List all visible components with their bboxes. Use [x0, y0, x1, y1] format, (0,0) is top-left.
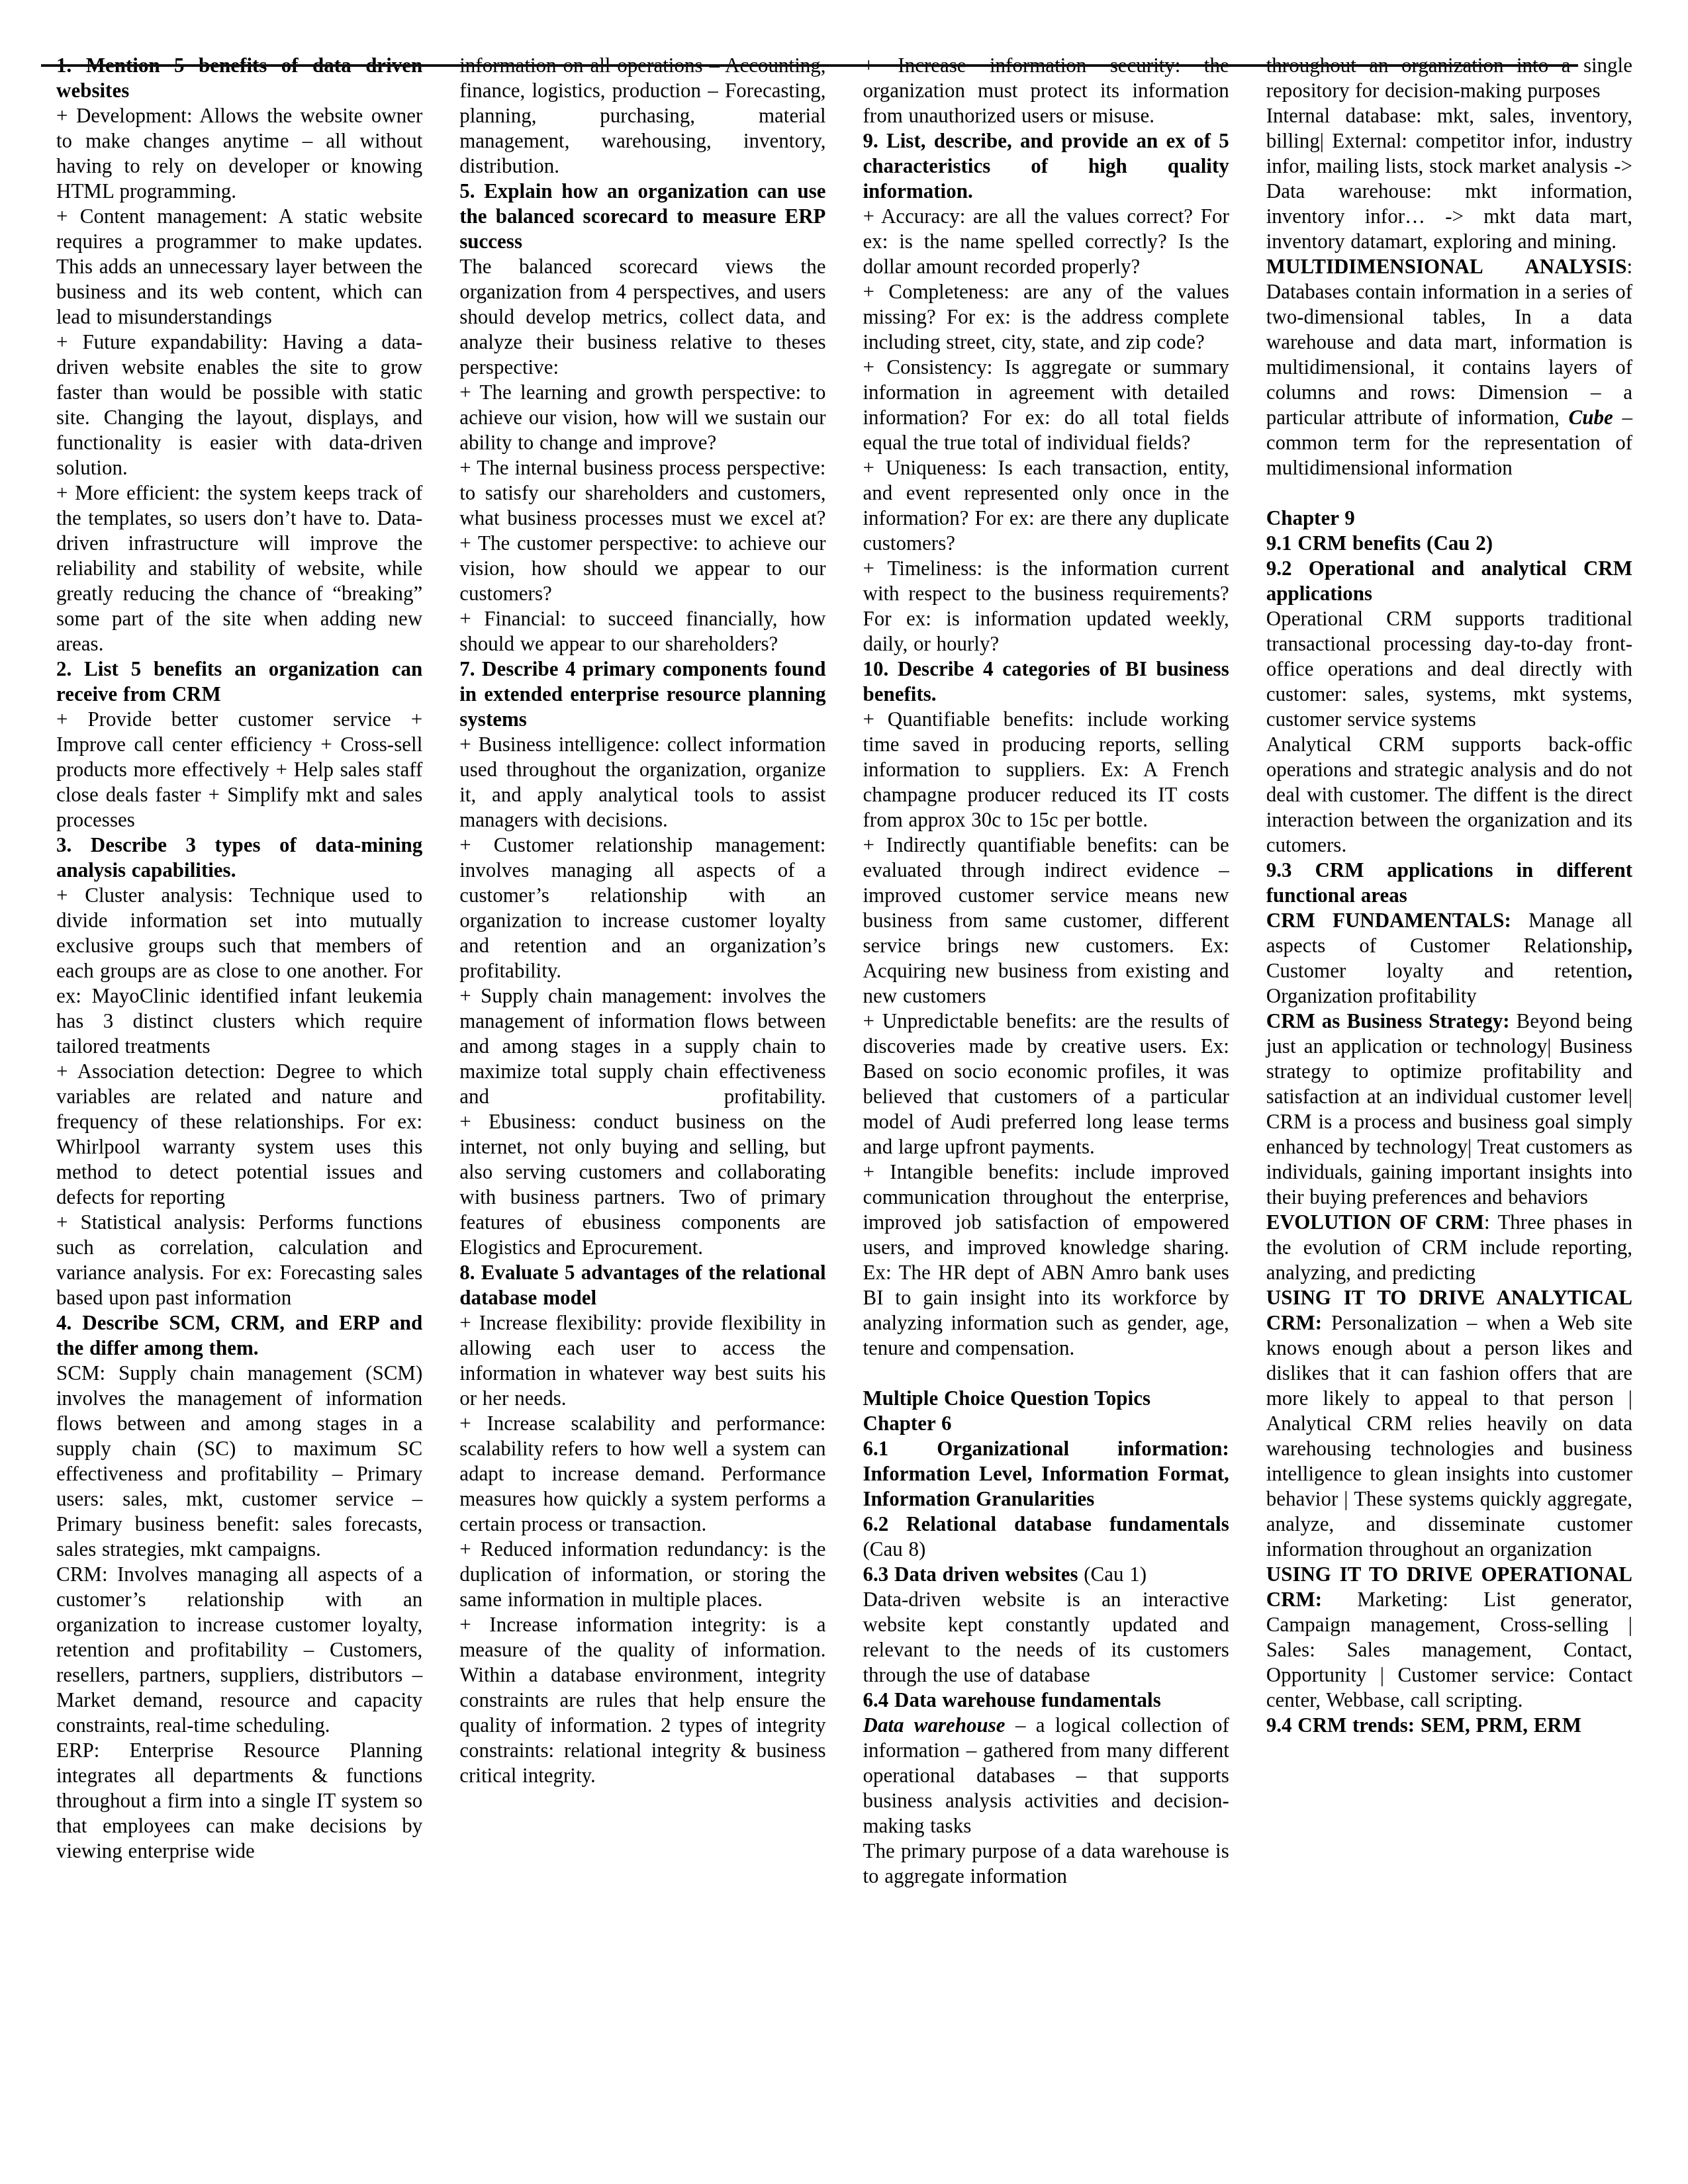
text-run: + Association detection: Degree to which… [56, 1060, 422, 1208]
text-run: Beyond being just an application or tech… [1266, 1009, 1632, 1208]
heading-paragraph: Chapter 9 [1266, 506, 1632, 531]
text-run: EVOLUTION OF CRM [1266, 1210, 1484, 1234]
heading-paragraph: 9.4 CRM trends: SEM, PRM, ERM [1266, 1713, 1632, 1738]
body-paragraph: + Increase flexibility: provide flexibil… [459, 1310, 825, 1411]
body-paragraph: + Completeness: are any of the values mi… [863, 279, 1229, 355]
heading-paragraph: 5. Explain how an organization can use t… [459, 179, 825, 254]
text-run: information on all operations – Accounti… [459, 54, 825, 177]
text-run: 9.4 CRM trends: SEM, PRM, ERM [1266, 1713, 1581, 1737]
body-paragraph: + Increase information integrity: is a m… [459, 1612, 825, 1788]
heading-paragraph: 4. Describe SCM, CRM, and ERP and the di… [56, 1310, 422, 1361]
text-run: Multiple Choice Question Topics [863, 1387, 1150, 1410]
text-run: CRM: Involves managing all aspects of a … [56, 1563, 422, 1737]
body-paragraph: Data-driven website is an interactive we… [863, 1587, 1229, 1688]
text-run: 4. Describe SCM, CRM, and ERP and the di… [56, 1311, 422, 1359]
text-run: Internal database: mkt, sales, inventory… [1266, 104, 1632, 253]
body-paragraph: USING IT TO DRIVE ANALYTICAL CRM: Person… [1266, 1285, 1632, 1562]
text-run: + Content management: A static website r… [56, 205, 422, 328]
text-run: Cube [1569, 406, 1613, 429]
column-4: throughout an organization into a single… [1266, 53, 1632, 1889]
text-run: : Databases contain information in a ser… [1266, 255, 1632, 429]
body-paragraph: + Customer relationship management: invo… [459, 833, 825, 983]
body-paragraph: + Timeliness: is the information current… [863, 556, 1229, 657]
heading-paragraph: 7. Describe 4 primary components found i… [459, 657, 825, 732]
text-run: 5. Explain how an organization can use t… [459, 179, 825, 253]
text-run: + More efficient: the system keeps track… [56, 481, 422, 655]
blank-line [863, 1361, 1229, 1386]
text-run: throughout an organization into a single… [1266, 54, 1632, 102]
body-paragraph: CRM FUNDAMENTALS: Manage all aspects of … [1266, 908, 1632, 1009]
text-run: 10. Describe 4 categories of BI business… [863, 657, 1229, 705]
body-paragraph: + Development: Allows the website owner … [56, 103, 422, 204]
heading-paragraph: 9.3 CRM applications in different functi… [1266, 858, 1632, 908]
text-run: MULTIDIMENSIONAL ANALYSIS [1266, 255, 1627, 278]
body-paragraph: information on all operations – Accounti… [459, 53, 825, 179]
text-run: + Increase scalability and performance: … [459, 1412, 825, 1535]
text-run: + Unpredictable benefits: are the result… [863, 1009, 1229, 1158]
columns-container: 1. Mention 5 benefits of data driven web… [0, 0, 1688, 1889]
text-run: Organization profitability [1266, 984, 1477, 1007]
text-run: + Business intelligence: collect informa… [459, 733, 825, 831]
text-run: SCM: Supply chain management (SCM) invol… [56, 1361, 422, 1561]
heading-paragraph: 8. Evaluate 5 advantages of the relation… [459, 1260, 825, 1310]
body-paragraph: The balanced scorecard views the organiz… [459, 254, 825, 380]
text-run: Customer loyalty and retention [1266, 959, 1628, 982]
text-run: + Uniqueness: Is each transaction, entit… [863, 456, 1229, 555]
column-3: + Increase information security: the org… [863, 53, 1229, 1889]
body-paragraph: + The customer perspective: to achieve o… [459, 531, 825, 606]
text-run: + Consistency: Is aggregate or summary i… [863, 355, 1229, 454]
text-run: + The learning and growth perspective: t… [459, 381, 825, 454]
text-run: + Accuracy: are all the values correct? … [863, 205, 1229, 278]
text-run: CRM FUNDAMENTALS: [1266, 909, 1511, 932]
body-paragraph: CRM as Business Strategy: Beyond being j… [1266, 1009, 1632, 1210]
text-run: 6.1 Organizational information: Informat… [863, 1437, 1229, 1510]
body-paragraph: + More efficient: the system keeps track… [56, 480, 422, 657]
heading-paragraph: 6.1 Organizational information: Informat… [863, 1436, 1229, 1512]
text-run: + Timeliness: is the information current… [863, 557, 1229, 655]
text-run: + Reduced information redundancy: is the… [459, 1537, 825, 1611]
text-run: , [1627, 934, 1632, 957]
text-run: 9.3 CRM applications in different functi… [1266, 858, 1632, 907]
body-paragraph: Data warehouse – a logical collection of… [863, 1713, 1229, 1839]
text-run: Analytical CRM supports back-offic opera… [1266, 733, 1632, 856]
text-run: + Future expandability: Having a data-dr… [56, 330, 422, 479]
body-paragraph: + Financial: to succeed financially, how… [459, 606, 825, 657]
body-paragraph: ERP: Enterprise Resource Planning integr… [56, 1738, 422, 1864]
text-run: 1. Mention 5 benefits of data driven web… [56, 54, 422, 102]
heading-paragraph: Multiple Choice Question Topics [863, 1386, 1229, 1411]
heading-paragraph: 1. Mention 5 benefits of data driven web… [56, 53, 422, 103]
body-paragraph: + Future expandability: Having a data-dr… [56, 330, 422, 480]
text-run: 2. List 5 benefits an organization can r… [56, 657, 422, 705]
text-run: + Financial: to succeed financially, how… [459, 607, 825, 655]
body-paragraph: + Consistency: Is aggregate or summary i… [863, 355, 1229, 455]
text-run: + Intangible benefits: include improved … [863, 1160, 1229, 1359]
text-run: + Supply chain management: involves the … [459, 984, 825, 1108]
text-run: + Completeness: are any of the values mi… [863, 280, 1229, 353]
body-paragraph: SCM: Supply chain management (SCM) invol… [56, 1361, 422, 1562]
strikethrough-line [41, 64, 1578, 67]
body-paragraph: + Content management: A static website r… [56, 204, 422, 330]
body-paragraph: + Increase scalability and performance: … [459, 1411, 825, 1537]
text-run: + Increase flexibility: provide flexibil… [459, 1311, 825, 1410]
column-1: 1. Mention 5 benefits of data driven web… [56, 53, 422, 1889]
text-run: ERP: Enterprise Resource Planning integr… [56, 1739, 422, 1862]
document-page: 1. Mention 5 benefits of data driven web… [0, 0, 1688, 2184]
text-run: Chapter 6 [863, 1412, 952, 1435]
body-paragraph: CRM: Involves managing all aspects of a … [56, 1562, 422, 1738]
text-run: + Cluster analysis: Technique used to di… [56, 884, 422, 1058]
body-paragraph: + Cluster analysis: Technique used to di… [56, 883, 422, 1059]
body-paragraph: + Provide better customer service + Impr… [56, 707, 422, 833]
text-run: + Ebusiness: conduct business on the int… [459, 1110, 825, 1259]
body-paragraph: + The learning and growth perspective: t… [459, 380, 825, 455]
body-paragraph: + Supply chain management: involves the … [459, 983, 825, 1109]
text-run: + Development: Allows the website owner … [56, 104, 422, 203]
heading-paragraph: 6.2 Relational database fundamentals (Ca… [863, 1512, 1229, 1562]
body-paragraph: + Accuracy: are all the values correct? … [863, 204, 1229, 279]
body-paragraph: + Uniqueness: Is each transaction, entit… [863, 455, 1229, 556]
body-paragraph: + Reduced information redundancy: is the… [459, 1537, 825, 1612]
body-paragraph: + Intangible benefits: include improved … [863, 1160, 1229, 1361]
heading-paragraph: 2. List 5 benefits an organization can r… [56, 657, 422, 707]
text-run: CRM as Business Strategy: [1266, 1009, 1510, 1032]
text-run: , [1627, 959, 1632, 982]
text-run: 9. List, describe, and provide an ex of … [863, 129, 1229, 203]
text-run: 7. Describe 4 primary components found i… [459, 657, 825, 731]
text-run: 3. Describe 3 types of data-mining analy… [56, 833, 422, 882]
text-run: + Increase information integrity: is a m… [459, 1613, 825, 1787]
text-run: 6.4 Data warehouse fundamentals [863, 1688, 1161, 1711]
body-paragraph: + Quantifiable benefits: include working… [863, 707, 1229, 833]
body-paragraph: Operational CRM supports traditional tra… [1266, 606, 1632, 732]
body-paragraph: throughout an organization into a single… [1266, 53, 1632, 103]
text-run: + The customer perspective: to achieve o… [459, 531, 825, 605]
text-run: 9.1 CRM benefits (Cau 2) [1266, 531, 1493, 555]
text-run: + Quantifiable benefits: include working… [863, 707, 1229, 831]
text-run: + The internal business process perspect… [459, 456, 825, 529]
heading-paragraph: 3. Describe 3 types of data-mining analy… [56, 833, 422, 883]
column-2: information on all operations – Accounti… [459, 53, 825, 1889]
text-run: + Statistical analysis: Performs functio… [56, 1210, 422, 1309]
body-paragraph: Internal database: mkt, sales, inventory… [1266, 103, 1632, 254]
text-run: Data-driven website is an interactive we… [863, 1588, 1229, 1686]
body-paragraph: + Association detection: Degree to which… [56, 1059, 422, 1210]
body-paragraph: + Ebusiness: conduct business on the int… [459, 1109, 825, 1260]
text-run: Personalization – when a Web site knows … [1266, 1311, 1632, 1561]
heading-paragraph: 6.3 Data driven websites (Cau 1) [863, 1562, 1229, 1587]
body-paragraph: + Unpredictable benefits: are the result… [863, 1009, 1229, 1160]
body-paragraph: Analytical CRM supports back-offic opera… [1266, 732, 1632, 858]
heading-paragraph: 10. Describe 4 categories of BI business… [863, 657, 1229, 707]
text-run: The balanced scorecard views the organiz… [459, 255, 825, 379]
text-run: + Indirectly quantifiable benefits: can … [863, 833, 1229, 1007]
heading-paragraph: 9.1 CRM benefits (Cau 2) [1266, 531, 1632, 556]
body-paragraph: EVOLUTION OF CRM: Three phases in the ev… [1266, 1210, 1632, 1285]
text-run: 8. Evaluate 5 advantages of the relation… [459, 1261, 825, 1309]
text-run: + Customer relationship management: invo… [459, 833, 825, 982]
body-paragraph: + Indirectly quantifiable benefits: can … [863, 833, 1229, 1009]
body-paragraph: + Statistical analysis: Performs functio… [56, 1210, 422, 1310]
text-run: 9.2 Operational and analytical CRM appli… [1266, 557, 1632, 605]
text-run: Chapter 9 [1266, 506, 1355, 529]
text-run: 6.2 Relational database fundamentals [863, 1512, 1229, 1535]
blank-line [1266, 480, 1632, 506]
text-run: Operational CRM supports traditional tra… [1266, 607, 1632, 731]
text-run: (Cau 1) [1078, 1563, 1147, 1586]
body-paragraph: USING IT TO DRIVE OPERATIONAL CRM: Marke… [1266, 1562, 1632, 1713]
heading-paragraph: Chapter 6 [863, 1411, 1229, 1436]
text-run: + Provide better customer service + Impr… [56, 707, 422, 831]
text-run: (Cau 8) [863, 1537, 926, 1561]
heading-paragraph: 9. List, describe, and provide an ex of … [863, 128, 1229, 204]
text-run: 6.3 Data driven websites [863, 1563, 1078, 1586]
heading-paragraph: 6.4 Data warehouse fundamentals [863, 1688, 1229, 1713]
body-paragraph: MULTIDIMENSIONAL ANALYSIS: Databases con… [1266, 254, 1632, 480]
text-run: The primary purpose of a data warehouse … [863, 1839, 1229, 1888]
body-paragraph: The primary purpose of a data warehouse … [863, 1839, 1229, 1889]
text-run: Data warehouse [863, 1713, 1006, 1737]
heading-paragraph: 9.2 Operational and analytical CRM appli… [1266, 556, 1632, 606]
body-paragraph: + Business intelligence: collect informa… [459, 732, 825, 833]
body-paragraph: + The internal business process perspect… [459, 455, 825, 531]
